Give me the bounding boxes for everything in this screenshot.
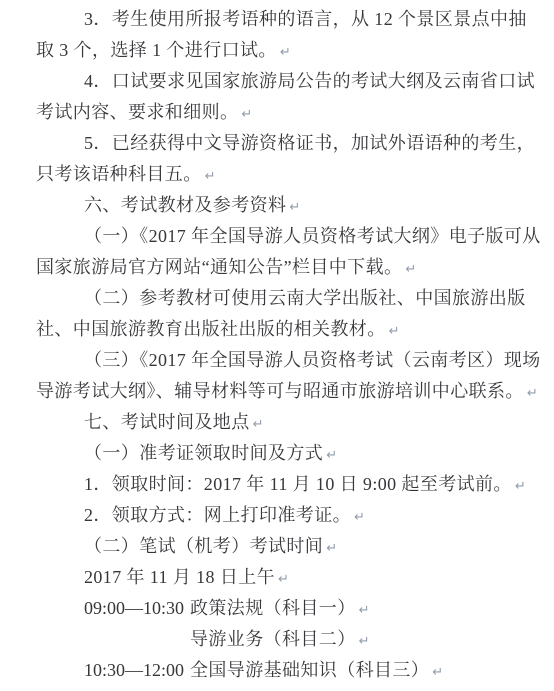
doc-line: 七、考试时间及地点↵ [0,407,554,438]
schedule-time: 09:00—10:30 [84,593,190,624]
schedule-subject: 全国导游基础知识（科目三） [190,660,429,680]
paragraph-return-icon: ↵ [389,323,400,338]
doc-line: 3．考生使用所报考语种的语言，从 12 个景区景点中抽 [0,4,554,35]
paragraph-return-icon: ↵ [205,168,216,183]
doc-line: 导游考试大纲》、辅导材料等可与昭通市旅游培训中心联系。↵ [0,376,554,407]
doc-line-text: 社、中国旅游教育出版社出版的相关教材。 [36,319,386,339]
paragraph-return-icon: ↵ [326,540,337,555]
paragraph-return-icon: ↵ [326,447,337,462]
doc-line: （一）准考证领取时间及方式↵ [0,438,554,469]
doc-line: 09:00—10:30政策法规（科目一）↵ [0,593,554,624]
document-page: 3．考生使用所报考语种的语言，从 12 个景区景点中抽取 3 个，选择 1 个进… [0,0,554,691]
doc-line-text: 考试内容、要求和细则。 [36,102,238,122]
paragraph-return-icon: ↵ [241,106,252,121]
doc-line-text: 2017 年 11 月 18 日上午 [84,567,275,587]
doc-line: （二）参考教材可使用云南大学出版社、中国旅游出版 [0,283,554,314]
doc-line-text: 5．已经获得中文导游资格证书，加试外语语种的考生， [84,133,535,153]
paragraph-return-icon: ↵ [432,664,443,679]
doc-line-text: 3．考生使用所报考语种的语言，从 12 个景区景点中抽 [84,9,527,29]
doc-line-text: 取 3 个，选择 1 个进行口试。 [36,40,277,60]
doc-line-text: 只考该语种科目五。 [36,164,202,184]
doc-line: 国家旅游局官方网站“通知公告”栏目中下载。↵ [0,252,554,283]
doc-line: 10:30—12:00全国导游基础知识（科目三）↵ [0,655,554,686]
doc-line: 社、中国旅游教育出版社出版的相关教材。↵ [0,314,554,345]
paragraph-return-icon: ↵ [253,416,264,431]
doc-line-text: （一）准考证领取时间及方式 [84,443,323,463]
doc-line: （一）《2017 年全国导游人员资格考试大纲》电子版可从 [0,221,554,252]
paragraph-return-icon: ↵ [354,509,365,524]
doc-line: （二）笔试（机考）考试时间↵ [0,531,554,562]
schedule-subject: 导游业务（科目二） [190,629,356,649]
doc-line: 2．领取方式：网上打印准考证。↵ [0,500,554,531]
doc-line-text: 4．口试要求见国家旅游局公告的考试大纲及云南省口试 [84,71,535,91]
doc-line: 1．领取时间：2017 年 11 月 10 日 9:00 起至考试前。↵ [0,469,554,500]
paragraph-return-icon: ↵ [405,261,416,276]
paragraph-return-icon: ↵ [359,633,370,648]
doc-line-text: 导游考试大纲》、辅导材料等可与昭通市旅游培训中心联系。 [36,381,524,401]
doc-line: （三）《2017 年全国导游人员资格考试（云南考区）现场 [0,345,554,376]
doc-line-text: 国家旅游局官方网站“通知公告”栏目中下载。 [36,257,402,277]
doc-line-text: 六、考试教材及参考资料 [84,195,286,215]
doc-line: 4．口试要求见国家旅游局公告的考试大纲及云南省口试 [0,66,554,97]
doc-line-text: （三）《2017 年全国导游人员资格考试（云南考区）现场 [84,350,541,370]
doc-line: 取 3 个，选择 1 个进行口试。↵ [0,35,554,66]
doc-line-text: 2．领取方式：网上打印准考证。 [84,505,351,525]
doc-line: 只考该语种科目五。↵ [0,159,554,190]
doc-line-text: 七、考试时间及地点 [84,412,250,432]
doc-line-text: （一）《2017 年全国导游人员资格考试大纲》电子版可从 [84,226,541,246]
paragraph-return-icon: ↵ [515,478,526,493]
doc-line: 导游业务（科目二）↵ [0,624,554,655]
doc-line: 5．已经获得中文导游资格证书，加试外语语种的考生， [0,128,554,159]
schedule-time: 10:30—12:00 [84,655,190,686]
doc-line: 2017 年 11 月 18 日上午↵ [0,562,554,593]
doc-line: 考试内容、要求和细则。↵ [0,97,554,128]
doc-line: 六、考试教材及参考资料↵ [0,190,554,221]
doc-line-text: （二）笔试（机考）考试时间 [84,536,323,556]
paragraph-return-icon: ↵ [280,44,291,59]
paragraph-return-icon: ↵ [289,199,300,214]
doc-line-text: 1．领取时间：2017 年 11 月 10 日 9:00 起至考试前。 [84,474,512,494]
paragraph-return-icon: ↵ [278,571,289,586]
paragraph-return-icon: ↵ [527,385,538,400]
paragraph-return-icon: ↵ [359,602,370,617]
doc-line-text: （二）参考教材可使用云南大学出版社、中国旅游出版 [84,288,526,308]
schedule-subject: 政策法规（科目一） [190,598,356,618]
